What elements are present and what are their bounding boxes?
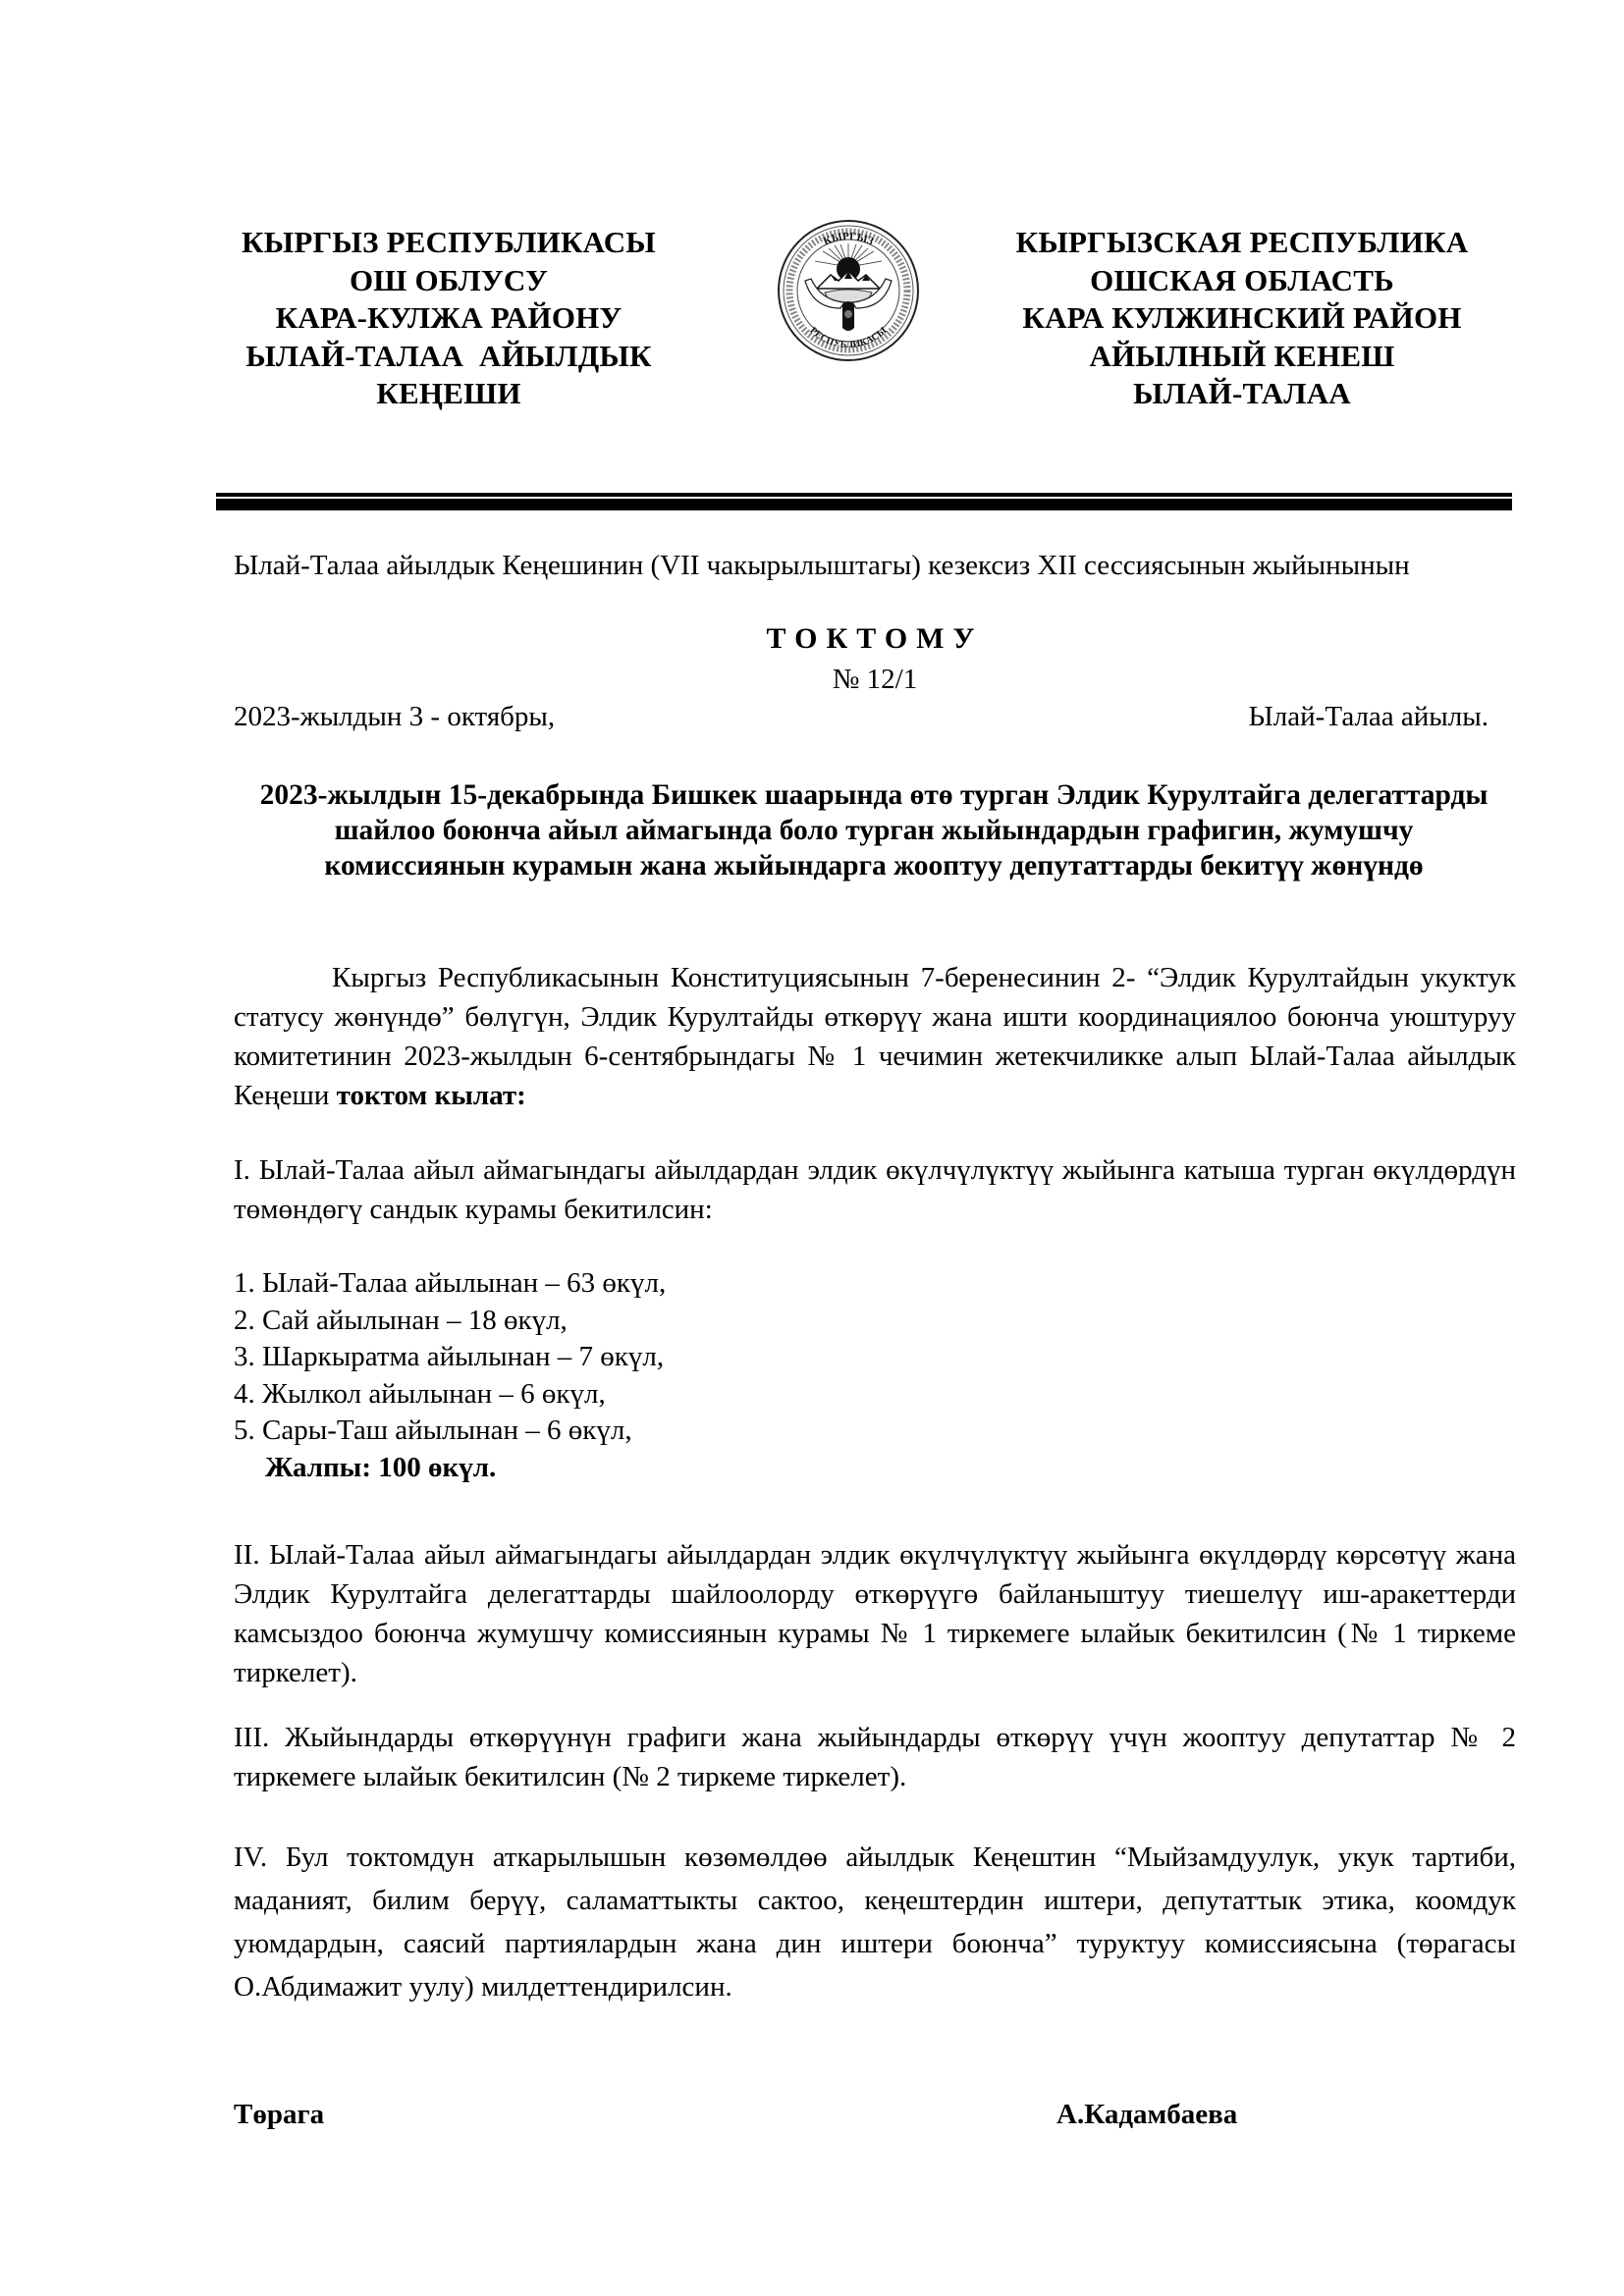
date-place-row: 2023-жылдын 3 - октябры, Ылай-Талаа айыл… bbox=[234, 701, 1489, 733]
document-date: 2023-жылдын 3 - октябры, bbox=[234, 701, 555, 733]
header-line: КАРА КУЛЖИНСКИЙ РАЙОН bbox=[987, 299, 1497, 338]
state-emblem-icon: КЫРГЫЗ РЕСПУБЛИКАСЫ bbox=[776, 218, 921, 363]
header-line: ЫЛАЙ-ТАЛАА АЙЫЛДЫК bbox=[218, 338, 679, 376]
header-line: ОШСКАЯ ОБЛАСТЬ bbox=[987, 262, 1497, 300]
header-divider-thin bbox=[216, 493, 1512, 497]
delegate-item: 5. Сары-Таш айылынан – 6 өкүл, bbox=[234, 1413, 666, 1450]
delegates-total: Жалпы: 100 өкүл. bbox=[234, 1450, 666, 1487]
preamble: Кыргыз Республикасынын Конституциясынын … bbox=[234, 958, 1516, 1115]
header-russian: КЫРГЫЗСКАЯ РЕСПУБЛИКА ОШСКАЯ ОБЛАСТЬ КАР… bbox=[987, 224, 1497, 413]
header-divider-thick bbox=[216, 499, 1512, 510]
header-line: ЫЛАЙ-ТАЛАА bbox=[987, 375, 1497, 413]
delegate-item: 2. Сай айылынан – 18 өкүл, bbox=[234, 1303, 666, 1340]
delegate-item: 3. Шаркыратма айылынан – 7 өкүл, bbox=[234, 1339, 666, 1376]
signatory-title: Төрага bbox=[234, 2099, 324, 2130]
delegate-item: 1. Ылай-Талаа айылынан – 63 өкүл, bbox=[234, 1265, 666, 1303]
document-page: КЫРГЫЗ РЕСПУБЛИКАСЫ ОШ ОБЛУСУ КАРА-КУЛЖА… bbox=[0, 0, 1624, 2296]
header-line: КЫРГЫЗ РЕСПУБЛИКАСЫ bbox=[218, 224, 679, 262]
delegates-list: 1. Ылай-Талаа айылынан – 63 өкүл,2. Сай … bbox=[234, 1265, 666, 1486]
header-line: КЫРГЫЗСКАЯ РЕСПУБЛИКА bbox=[987, 224, 1497, 262]
header-kyrgyz: КЫРГЫЗ РЕСПУБЛИКАСЫ ОШ ОБЛУСУ КАРА-КУЛЖА… bbox=[218, 224, 679, 413]
delegate-item: 4. Жылкол айылынан – 6 өкүл, bbox=[234, 1376, 666, 1414]
header-line: КЕҢЕШИ bbox=[218, 375, 679, 413]
document-number: № 12/1 bbox=[234, 664, 1516, 696]
header-line: ОШ ОБЛУСУ bbox=[218, 262, 679, 300]
preamble-decision: токтом кылат: bbox=[337, 1080, 526, 1111]
header-line: КАРА-КУЛЖА РАЙОНУ bbox=[218, 299, 679, 338]
session-line: Ылай-Талаа айылдык Кеңешинин (VII чакыры… bbox=[234, 546, 1516, 585]
document-title: ТОКТОМУ bbox=[234, 622, 1516, 656]
section-1: I. Ылай-Талаа айыл аймагындагы айылдарда… bbox=[234, 1150, 1516, 1229]
document-place: Ылай-Талаа айылы. bbox=[1249, 701, 1489, 733]
document-subject: 2023-жылдын 15-декабрында Бишкек шаарынд… bbox=[245, 777, 1502, 883]
signature-block: Төрага А.Кадамбаева bbox=[234, 2099, 1265, 2131]
header-line: АЙЫЛНЫЙ КЕНЕШ bbox=[987, 338, 1497, 376]
section-3: III. Жыйындарды өткөрүүнүн графиги жана … bbox=[234, 1718, 1516, 1796]
section-2: II. Ылай-Талаа айыл аймагындагы айылдард… bbox=[234, 1535, 1516, 1692]
section-4: IV. Бул токтомдун аткарылышын көзөмөлдөө… bbox=[234, 1836, 1516, 2008]
signatory-name: А.Кадамбаева bbox=[1056, 2099, 1237, 2131]
